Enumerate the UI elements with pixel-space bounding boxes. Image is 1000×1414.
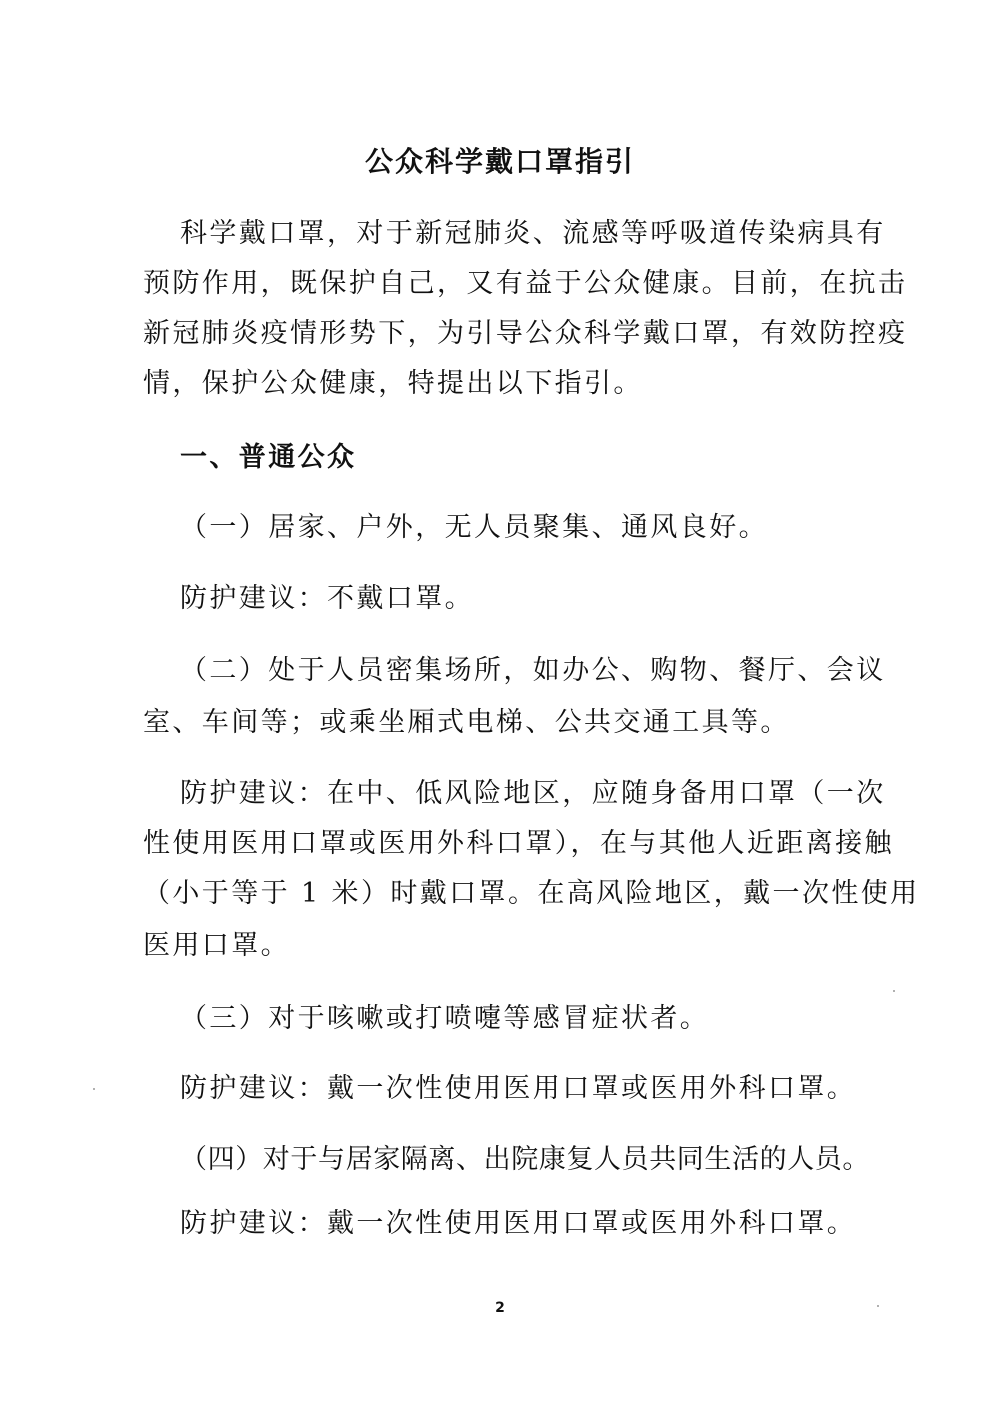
scan-speck bbox=[893, 990, 895, 992]
scenario-text: 室、车间等；或乘坐厢式电梯、公共交通工具等。 bbox=[143, 707, 843, 739]
intro-line: 情，保护公众健康，特提出以下指引。 bbox=[143, 368, 843, 400]
scan-speck bbox=[93, 1088, 95, 1090]
advice-text: 医用口罩。 bbox=[143, 930, 843, 962]
intro-line: 科学戴口罩，对于新冠肺炎、流感等呼吸道传染病具有 bbox=[180, 218, 880, 250]
advice-text: 性使用医用口罩或医用外科口罩），在与其他人近距离接触 bbox=[143, 828, 843, 860]
scenario-text: （二）处于人员密集场所，如办公、购物、餐厅、会议 bbox=[180, 655, 880, 687]
section-heading: 一、普通公众 bbox=[180, 442, 880, 474]
advice-text: 防护建议：不戴口罩。 bbox=[180, 583, 880, 615]
scenario-text: （一）居家、户外，无人员聚集、通风良好。 bbox=[180, 512, 880, 544]
advice-text: （小于等于 1 米）时戴口罩。在高风险地区，戴一次性使用 bbox=[143, 878, 843, 910]
scenario-text: （四）对于与居家隔离、出院康复人员共同生活的人员。 bbox=[180, 1144, 880, 1176]
document-title: 公众科学戴口罩指引 bbox=[0, 146, 1000, 178]
scan-speck bbox=[877, 1305, 879, 1307]
advice-text: 防护建议：戴一次性使用医用口罩或医用外科口罩。 bbox=[180, 1208, 880, 1240]
document-page: 公众科学戴口罩指引 科学戴口罩，对于新冠肺炎、流感等呼吸道传染病具有 预防作用，… bbox=[0, 0, 1000, 1414]
page-number: 2 bbox=[0, 1300, 1000, 1316]
intro-line: 预防作用，既保护自己，又有益于公众健康。目前，在抗击 bbox=[143, 268, 843, 300]
intro-line: 新冠肺炎疫情形势下，为引导公众科学戴口罩，有效防控疫 bbox=[143, 318, 843, 350]
advice-text: 防护建议：在中、低风险地区，应随身备用口罩（一次 bbox=[180, 778, 880, 810]
advice-text: 防护建议：戴一次性使用医用口罩或医用外科口罩。 bbox=[180, 1073, 880, 1105]
scenario-text: （三）对于咳嗽或打喷嚏等感冒症状者。 bbox=[180, 1003, 880, 1035]
